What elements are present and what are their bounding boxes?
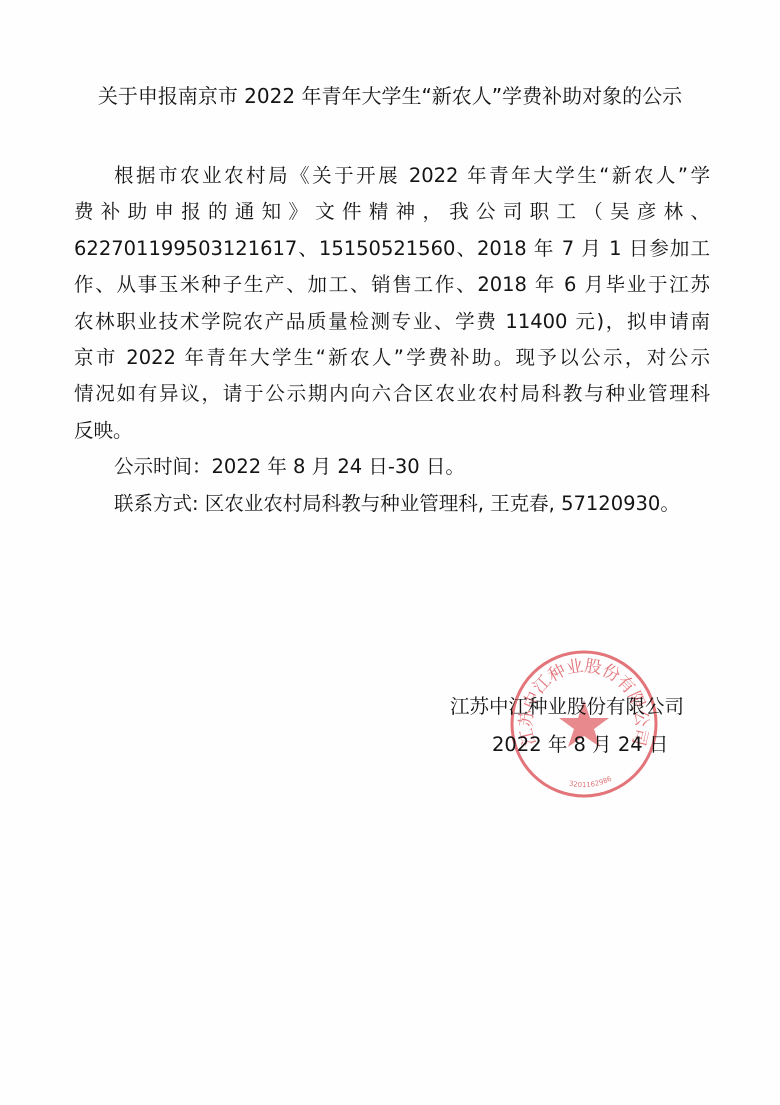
document-body: 根据市农业农村局《关于开展 2022 年青年大学生“新农人”学 费补助申报的通知… bbox=[74, 158, 710, 522]
body-line-3: 622701199503121617、15150521560、2018 年 7 … bbox=[74, 231, 710, 267]
signature-date: 2022 年 8 月 24 日 bbox=[450, 726, 684, 764]
signature-company: 江苏中江种业股份有限公司 bbox=[450, 688, 684, 726]
document-title: 关于申报南京市 2022 年青年大学生“新农人”学费补助对象的公示 bbox=[0, 82, 780, 110]
body-line-2: 费补助申报的通知》文件精神，我公司职工（吴彦林、 bbox=[74, 194, 710, 230]
body-line-8: 反映。 bbox=[74, 413, 710, 449]
body-line-6: 京市 2022 年青年大学生“新农人”学费补助。现予以公示，对公示 bbox=[74, 340, 710, 376]
body-line-1: 根据市农业农村局《关于开展 2022 年青年大学生“新农人”学 bbox=[74, 158, 710, 194]
svg-text:3201162986: 3201162986 bbox=[568, 774, 613, 789]
contact-info: 联系方式: 区农业农村局科教与种业管理科, 王克春, 57120930。 bbox=[74, 486, 710, 522]
document-page: 关于申报南京市 2022 年青年大学生“新农人”学费补助对象的公示 根据市农业农… bbox=[0, 0, 780, 1105]
body-line-4: 作、从事玉米种子生产、加工、销售工作、2018 年 6 月毕业于江苏 bbox=[74, 267, 710, 303]
publicity-period: 公示时间：2022 年 8 月 24 日-30 日。 bbox=[74, 449, 710, 485]
body-line-7: 情况如有异议，请于公示期内向六合区农业农村局科教与种业管理科 bbox=[74, 376, 710, 412]
signature-block: 江苏中江种业股份有限公司 2022 年 8 月 24 日 bbox=[450, 688, 684, 764]
body-line-5: 农林职业技术学院农产品质量检测专业、学费 11400 元)，拟申请南 bbox=[74, 304, 710, 340]
